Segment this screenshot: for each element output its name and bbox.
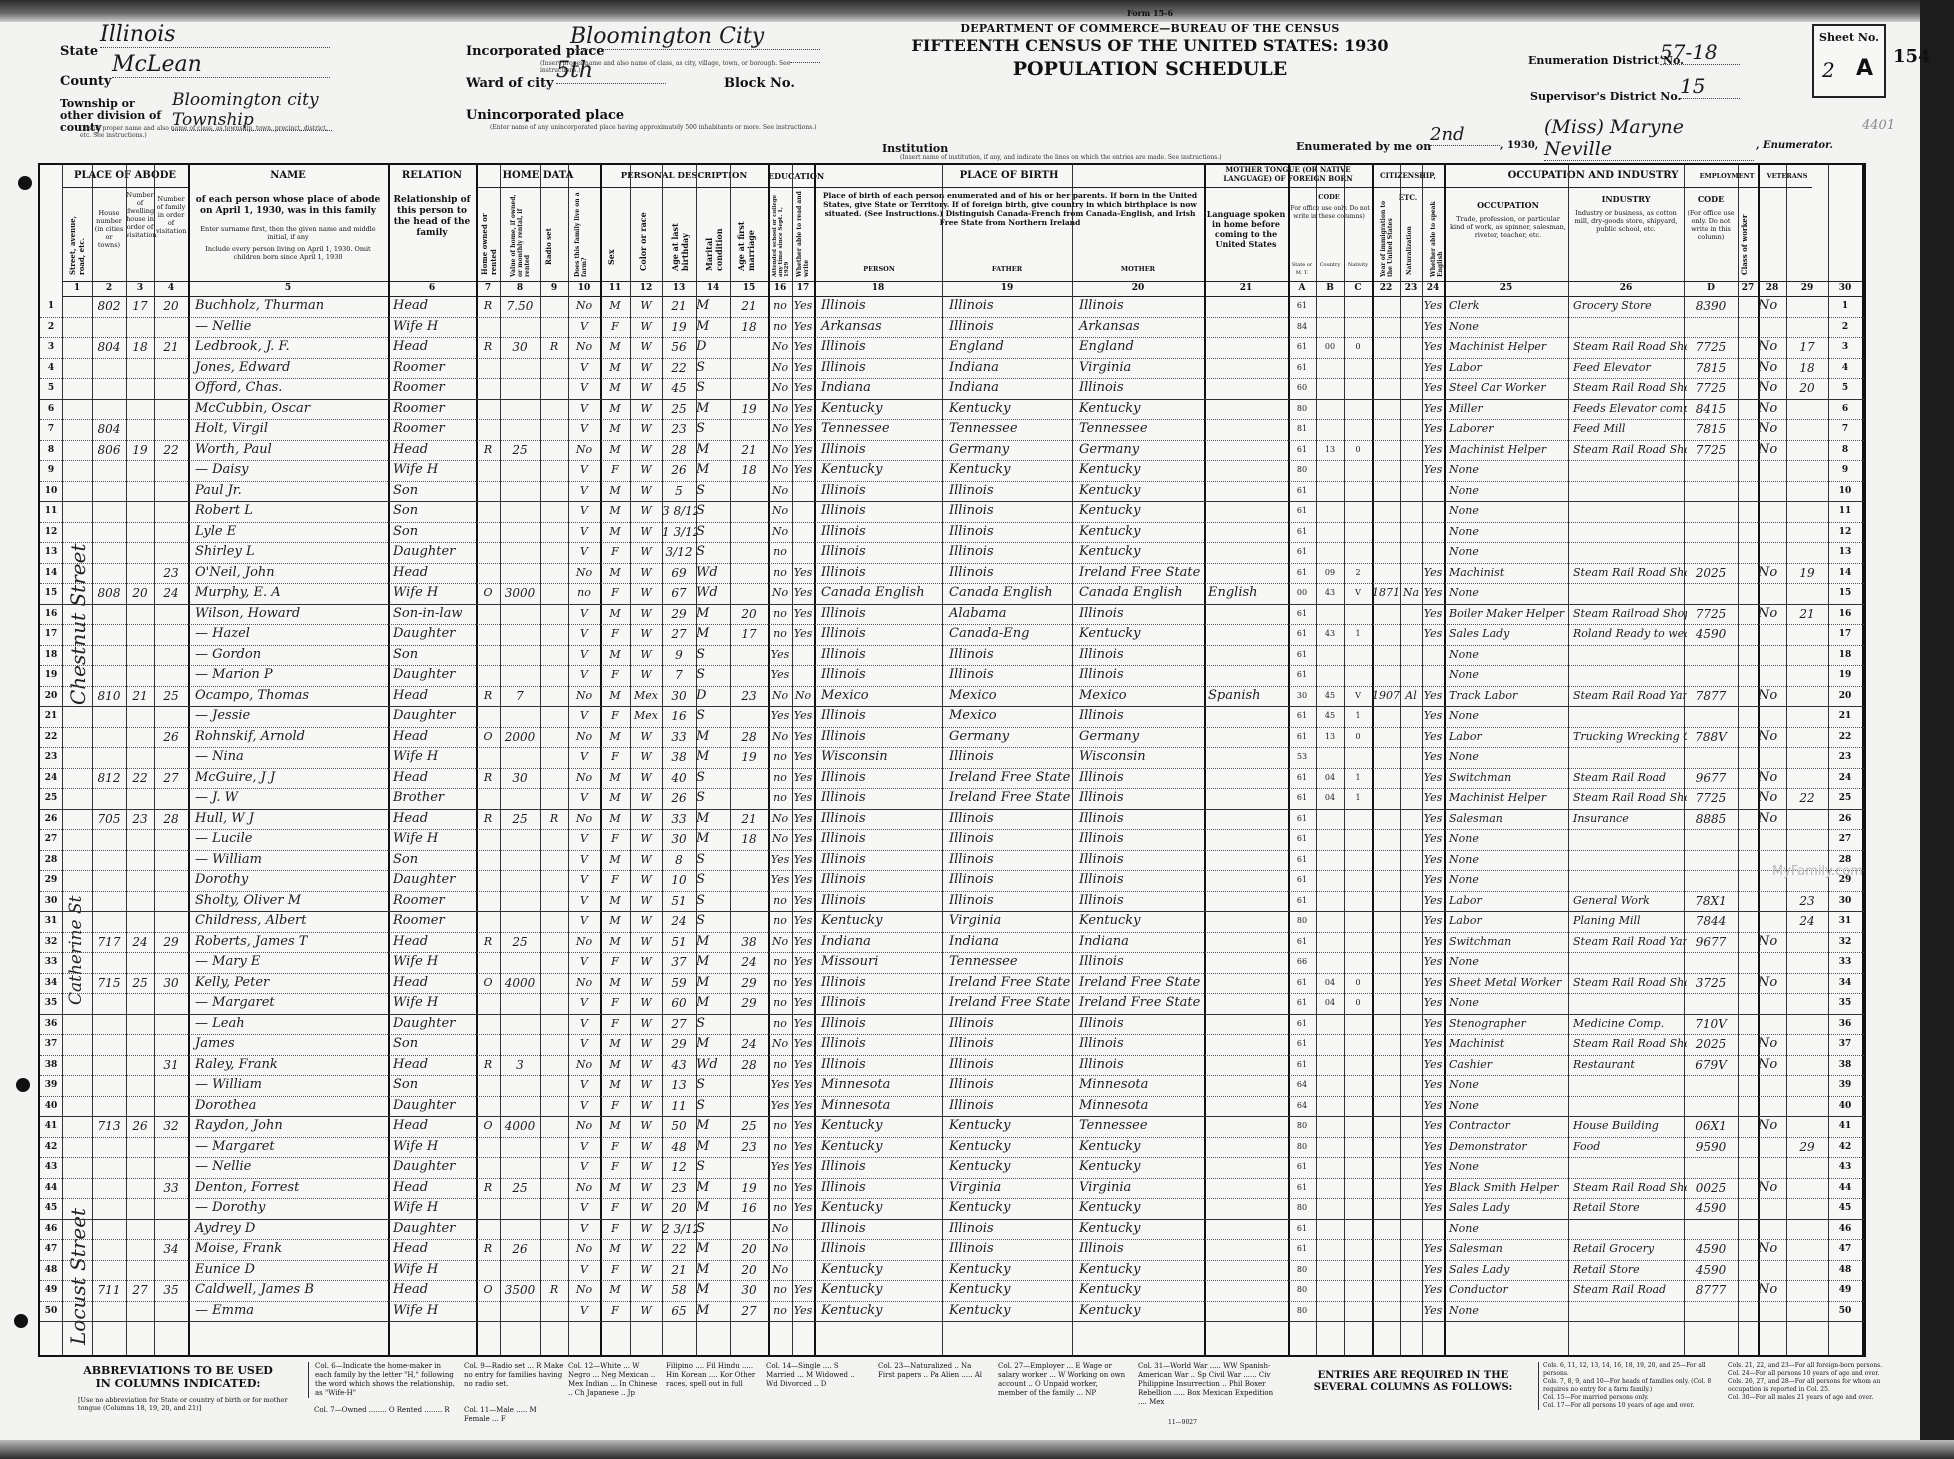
farm: V <box>568 1075 600 1096</box>
code-c: 1 <box>1344 788 1372 809</box>
radio-set <box>540 1116 568 1137</box>
birthplace-father: Kentucky <box>946 1157 1075 1178</box>
line-number-right: 37 <box>1828 1034 1862 1055</box>
naturalization <box>1400 1239 1422 1260</box>
attended-school: no <box>768 604 792 625</box>
age-first-marriage: 18 <box>730 460 768 481</box>
person-name: Roberts, James T <box>192 932 391 953</box>
attended-school: No <box>768 1239 792 1260</box>
person-name: Wilson, Howard <box>192 604 391 625</box>
dwelling-number <box>126 706 154 727</box>
ward-label: Ward of city <box>466 76 554 91</box>
group-place-of-abode: PLACE OF ABODE <box>62 165 188 188</box>
read-write: Yes <box>792 583 814 604</box>
table-row: 1717— HazelDaughterVFW27M17noYesIllinois… <box>40 624 1864 646</box>
table-row: 4848Eunice DWife HVFW21M20NoKentuckyKent… <box>40 1260 1864 1282</box>
hdr-code-d: CODE <box>1686 195 1736 203</box>
family-number: 34 <box>154 1239 188 1260</box>
code-a: 61 <box>1288 624 1316 645</box>
person-name: Denton, Forrest <box>192 1178 391 1199</box>
relation: Wife H <box>390 952 479 973</box>
home-value: 25 <box>500 932 540 953</box>
birthplace-father: Kentucky <box>946 460 1075 481</box>
table-row: 2121— JessieDaughterVFMex16SYesYesIllino… <box>40 706 1864 728</box>
home-owned <box>476 1198 500 1219</box>
person-name: Sholty, Oliver M <box>192 891 391 912</box>
unemployment-line <box>1786 317 1828 338</box>
naturalization <box>1400 809 1422 830</box>
home-owned <box>476 1137 500 1158</box>
marital: M <box>696 1137 730 1158</box>
home-owned <box>476 563 500 584</box>
immigration-year <box>1372 624 1400 645</box>
dwelling-number: 19 <box>126 440 154 461</box>
mother-tongue <box>1208 542 1288 563</box>
read-write <box>792 481 814 502</box>
radio-set <box>540 419 568 440</box>
house-number <box>92 317 126 338</box>
occupation: Switchman <box>1446 768 1571 789</box>
county-label: County <box>60 74 111 89</box>
home-value <box>500 317 540 338</box>
farm: V <box>568 317 600 338</box>
attended-school: no <box>768 1116 792 1137</box>
speaks-english: Yes <box>1422 1178 1444 1199</box>
unemployment-line <box>1786 542 1828 563</box>
unemployment-line <box>1786 1301 1828 1322</box>
speaks-english: Yes <box>1422 440 1444 461</box>
birthplace-father: Illinois <box>946 747 1075 768</box>
birthplace-father: Kentucky <box>946 1116 1075 1137</box>
birthplace-father: Mexico <box>946 686 1075 707</box>
relation: Roomer <box>390 378 479 399</box>
occupation-code: 7725 <box>1684 337 1738 358</box>
table-row: 32327172429Roberts, James THeadR25NoMW51… <box>40 932 1864 954</box>
birthplace-father: Illinois <box>946 1075 1075 1096</box>
immigration-year <box>1372 645 1400 666</box>
speaks-english: Yes <box>1422 604 1444 625</box>
marital: M <box>696 973 730 994</box>
code-b <box>1316 1075 1344 1096</box>
birthplace-person: Kentucky <box>818 399 945 420</box>
mother-tongue <box>1208 665 1288 686</box>
marital: S <box>696 1096 730 1117</box>
birthplace-father: Canada English <box>946 583 1075 604</box>
code-c <box>1344 358 1372 379</box>
line-number-right: 14 <box>1828 563 1862 584</box>
read-write: Yes <box>792 952 814 973</box>
code-a: 61 <box>1288 706 1316 727</box>
industry <box>1570 481 1687 502</box>
age: 67 <box>662 583 696 604</box>
occupation: Contractor <box>1446 1116 1571 1137</box>
code-c: 1 <box>1344 624 1372 645</box>
line-number-right: 42 <box>1828 1137 1862 1158</box>
line-number-right: 22 <box>1828 727 1862 748</box>
home-value: 30 <box>500 337 540 358</box>
home-owned <box>476 645 500 666</box>
dwelling-number <box>126 727 154 748</box>
person-name: — Margaret <box>192 1137 391 1158</box>
dwelling-number <box>126 1014 154 1035</box>
marital: S <box>696 542 730 563</box>
dwelling-number <box>126 870 154 891</box>
house-number <box>92 1096 126 1117</box>
table-row: 338041821Ledbrook, J. F.HeadR30RNoMW56DN… <box>40 337 1864 359</box>
table-row: 4646Aydrey DDaughterVFW2 3/12SNoIllinois… <box>40 1219 1864 1241</box>
age-first-marriage <box>730 419 768 440</box>
race: W <box>630 1239 662 1260</box>
dwelling-number <box>126 481 154 502</box>
home-owned <box>476 317 500 338</box>
race: W <box>630 993 662 1014</box>
birthplace-person: Illinois <box>818 665 945 686</box>
person-name: — Nellie <box>192 1157 391 1178</box>
speaks-english: Yes <box>1422 1260 1444 1281</box>
sex: M <box>600 501 630 522</box>
group-personal-description: PERSONAL DESCRIPTION <box>600 165 768 188</box>
read-write: Yes <box>792 419 814 440</box>
mother-tongue <box>1208 358 1288 379</box>
hdr-age: Age at last birthday <box>670 195 690 271</box>
code-b <box>1316 645 1344 666</box>
immigration-year: 1907 <box>1372 686 1400 707</box>
house-number <box>92 727 126 748</box>
relation: Wife H <box>390 1260 479 1281</box>
home-owned <box>476 399 500 420</box>
race: W <box>630 952 662 973</box>
radio-set <box>540 399 568 420</box>
mother-tongue <box>1208 706 1288 727</box>
farm: V <box>568 1137 600 1158</box>
person-name: Murphy, E. A <box>192 583 391 604</box>
read-write: Yes <box>792 399 814 420</box>
group-name: NAME <box>188 165 388 187</box>
line-number: 25 <box>40 788 62 809</box>
radio-set <box>540 296 568 317</box>
attended-school: no <box>768 973 792 994</box>
marital: M <box>696 747 730 768</box>
race: W <box>630 1116 662 1137</box>
group-education: EDUCATION <box>768 165 814 188</box>
sex: M <box>600 768 630 789</box>
code-b <box>1316 747 1344 768</box>
line-number: 34 <box>40 973 62 994</box>
race: W <box>630 419 662 440</box>
dwelling-number: 23 <box>126 809 154 830</box>
age: 30 <box>662 829 696 850</box>
attended-school: No <box>768 583 792 604</box>
code-a: 80 <box>1288 911 1316 932</box>
hdr-street: Street, avenue, road, etc. <box>68 195 86 275</box>
birthplace-father: Illinois <box>946 645 1075 666</box>
attended-school: No <box>768 522 792 543</box>
birthplace-mother: Canada English <box>1076 583 1207 604</box>
family-number: 33 <box>154 1178 188 1199</box>
code-b <box>1316 1096 1344 1117</box>
code-c: V <box>1344 686 1372 707</box>
line-number: 14 <box>40 563 62 584</box>
farm: V <box>568 993 600 1014</box>
person-name: Childress, Albert <box>192 911 391 932</box>
occupation-code <box>1684 952 1738 973</box>
radio-set <box>540 1219 568 1240</box>
house-number <box>92 1014 126 1035</box>
relation: Head <box>390 932 479 953</box>
birthplace-father: Germany <box>946 440 1075 461</box>
family-number: 24 <box>154 583 188 604</box>
birthplace-person: Minnesota <box>818 1075 945 1096</box>
attended-school: no <box>768 296 792 317</box>
birthplace-person: Mexico <box>818 686 945 707</box>
race: W <box>630 440 662 461</box>
hdr-owned: Home owned or rented <box>480 195 498 275</box>
birthplace-person: Indiana <box>818 378 945 399</box>
dwelling-number <box>126 604 154 625</box>
home-value: 3 <box>500 1055 540 1076</box>
home-value: 3500 <box>500 1280 540 1301</box>
veteran: No <box>1758 809 1786 830</box>
family-number: 35 <box>154 1280 188 1301</box>
occupation: Labor <box>1446 358 1571 379</box>
dwelling-number <box>126 1198 154 1219</box>
birthplace-father: Mexico <box>946 706 1075 727</box>
naturalization <box>1400 645 1422 666</box>
sex: F <box>600 1260 630 1281</box>
veteran <box>1758 501 1786 522</box>
enumerator-label: , Enumerator. <box>1756 140 1833 151</box>
table-row: 888061922Worth, PaulHeadR25NoMW28M21NoYe… <box>40 440 1864 462</box>
industry: Steam Rail Road Shop <box>1570 378 1687 399</box>
family-number: 30 <box>154 973 188 994</box>
home-value <box>500 563 540 584</box>
enumerated-day: 2nd <box>1430 124 1500 146</box>
unemployment-line <box>1786 1178 1828 1199</box>
unemployment-line <box>1786 747 1828 768</box>
unincorporated-label: Unincorporated place <box>466 108 624 123</box>
line-number-right: 23 <box>1828 747 1862 768</box>
occupation-code: 4590 <box>1684 1239 1738 1260</box>
table-row: 55Offord, Chas.RoomerVMW45SNoYesIndianaI… <box>40 378 1864 400</box>
immigration-year <box>1372 870 1400 891</box>
mother-tongue <box>1208 932 1288 953</box>
line-number-right: 13 <box>1828 542 1862 563</box>
read-write: Yes <box>792 317 814 338</box>
line-number-right: 17 <box>1828 624 1862 645</box>
table-row: 15158082024Murphy, E. AWife HO3000noFW67… <box>40 583 1864 605</box>
code-a: 61 <box>1288 481 1316 502</box>
unemployment-line <box>1786 1280 1828 1301</box>
birthplace-mother: Minnesota <box>1076 1075 1207 1096</box>
naturalization <box>1400 460 1422 481</box>
line-number-right: 6 <box>1828 399 1862 420</box>
sheet-number: 2 <box>1822 58 1835 82</box>
line-number: 31 <box>40 911 62 932</box>
read-write <box>792 665 814 686</box>
marital: S <box>696 645 730 666</box>
marital: M <box>696 460 730 481</box>
industry: Steam Rail Road Shop <box>1570 1178 1687 1199</box>
sex: M <box>600 522 630 543</box>
table-row: 2323— NinaWife HVFW38M19noYesWisconsinIl… <box>40 747 1864 769</box>
age: 56 <box>662 337 696 358</box>
code-a: 61 <box>1288 522 1316 543</box>
veteran <box>1758 911 1786 932</box>
home-owned <box>476 1034 500 1055</box>
industry: House Building <box>1570 1116 1687 1137</box>
table-row: 26267052328Hull, W JHeadR25RNoMW33M21NoY… <box>40 809 1864 831</box>
birthplace-person: Illinois <box>818 501 945 522</box>
birthplace-father: Illinois <box>946 1239 1075 1260</box>
read-write <box>792 1219 814 1240</box>
read-write: Yes <box>792 563 814 584</box>
home-value <box>500 870 540 891</box>
code-b <box>1316 1198 1344 1219</box>
mother-tongue <box>1208 1075 1288 1096</box>
age-first-marriage <box>730 788 768 809</box>
relation: Wife H <box>390 1137 479 1158</box>
radio-set <box>540 665 568 686</box>
code-a: 66 <box>1288 952 1316 973</box>
age-first-marriage <box>730 706 768 727</box>
industry <box>1570 993 1687 1014</box>
house-number <box>92 460 126 481</box>
sex: F <box>600 706 630 727</box>
line-number: 6 <box>40 399 62 420</box>
line-number: 13 <box>40 542 62 563</box>
birthplace-mother: Germany <box>1076 727 1207 748</box>
person-name: James <box>192 1034 391 1055</box>
age: 26 <box>662 460 696 481</box>
birthplace-father: England <box>946 337 1075 358</box>
home-owned <box>476 1075 500 1096</box>
code-b <box>1316 358 1344 379</box>
person-name: Rohnskif, Arnold <box>192 727 391 748</box>
veteran: No <box>1758 563 1786 584</box>
house-number: 713 <box>92 1116 126 1137</box>
code-a: 61 <box>1288 1034 1316 1055</box>
naturalization <box>1400 1178 1422 1199</box>
unemployment-line <box>1786 624 1828 645</box>
line-number: 8 <box>40 440 62 461</box>
table-row: 3131Childress, AlbertRoomerVMW24SnoYesKe… <box>40 911 1864 933</box>
race: W <box>630 1260 662 1281</box>
sex: M <box>600 788 630 809</box>
occupation-code: 4590 <box>1684 1260 1738 1281</box>
birthplace-mother: Illinois <box>1076 829 1207 850</box>
unemployment-line <box>1786 645 1828 666</box>
speaks-english: Yes <box>1422 911 1444 932</box>
industry <box>1570 829 1687 850</box>
read-write: Yes <box>792 932 814 953</box>
age: 22 <box>662 1239 696 1260</box>
hdr-code: CODE <box>1288 193 1370 201</box>
attended-school: no <box>768 1014 792 1035</box>
sex: M <box>600 686 630 707</box>
birthplace-person: Illinois <box>818 563 945 584</box>
relation: Daughter <box>390 870 479 891</box>
naturalization <box>1400 624 1422 645</box>
line-number: 38 <box>40 1055 62 1076</box>
line-number: 7 <box>40 419 62 440</box>
speaks-english: Yes <box>1422 788 1444 809</box>
dwelling-number <box>126 1034 154 1055</box>
birthplace-mother: Kentucky <box>1076 1301 1207 1322</box>
line-number-right: 32 <box>1828 932 1862 953</box>
read-write: Yes <box>792 460 814 481</box>
birthplace-person: Illinois <box>818 850 945 871</box>
home-owned: R <box>476 1239 500 1260</box>
veteran <box>1758 645 1786 666</box>
unemployment-line <box>1786 1014 1828 1035</box>
read-write: Yes <box>792 747 814 768</box>
code-c <box>1344 296 1372 317</box>
attended-school: No <box>768 686 792 707</box>
occupation: None <box>1446 542 1571 563</box>
code-b <box>1316 809 1344 830</box>
industry <box>1570 706 1687 727</box>
code-b <box>1316 1034 1344 1055</box>
occupation: None <box>1446 1075 1571 1096</box>
sex: F <box>600 993 630 1014</box>
naturalization <box>1400 870 1422 891</box>
line-number-right: 40 <box>1828 1096 1862 1117</box>
scan-top-edge <box>0 0 1954 22</box>
birthplace-person: Illinois <box>818 1157 945 1178</box>
sheet-number-box: Sheet No. 2 A <box>1812 24 1886 98</box>
code-b <box>1316 1014 1344 1035</box>
unemployment-line <box>1786 1219 1828 1240</box>
occupation: None <box>1446 993 1571 1014</box>
home-value <box>500 399 540 420</box>
industry <box>1570 1096 1687 1117</box>
veteran: No <box>1758 727 1786 748</box>
attended-school: Yes <box>768 645 792 666</box>
veteran <box>1758 460 1786 481</box>
line-number: 3 <box>40 337 62 358</box>
line-number: 28 <box>40 850 62 871</box>
age-first-marriage: 29 <box>730 993 768 1014</box>
attended-school: no <box>768 1055 792 1076</box>
race: W <box>630 1014 662 1035</box>
sheet-label: Sheet No. <box>1814 31 1884 44</box>
line-number: 18 <box>40 645 62 666</box>
marital: M <box>696 1280 730 1301</box>
occupation-code <box>1684 706 1738 727</box>
code-c <box>1344 522 1372 543</box>
table-row: 3030Sholty, Oliver MRoomerVMW51SnoYesIll… <box>40 891 1864 913</box>
marital: D <box>696 337 730 358</box>
mother-tongue <box>1208 481 1288 502</box>
occupation-code: 7844 <box>1684 911 1738 932</box>
marital: M <box>696 727 730 748</box>
read-write: Yes <box>792 850 814 871</box>
code-c: 0 <box>1344 993 1372 1014</box>
home-owned <box>476 378 500 399</box>
speaks-english: Yes <box>1422 850 1444 871</box>
age-first-marriage <box>730 337 768 358</box>
age-first-marriage <box>730 1157 768 1178</box>
hdr-school: Attended school or college any time sinc… <box>772 191 790 277</box>
radio-set <box>540 891 568 912</box>
home-value <box>500 850 540 871</box>
read-write <box>792 1239 814 1260</box>
home-value <box>500 645 540 666</box>
industry: Steam Rail Road Shop <box>1570 788 1687 809</box>
birthplace-person: Illinois <box>818 993 945 1014</box>
speaks-english: Yes <box>1422 378 1444 399</box>
birthplace-person: Illinois <box>818 481 945 502</box>
